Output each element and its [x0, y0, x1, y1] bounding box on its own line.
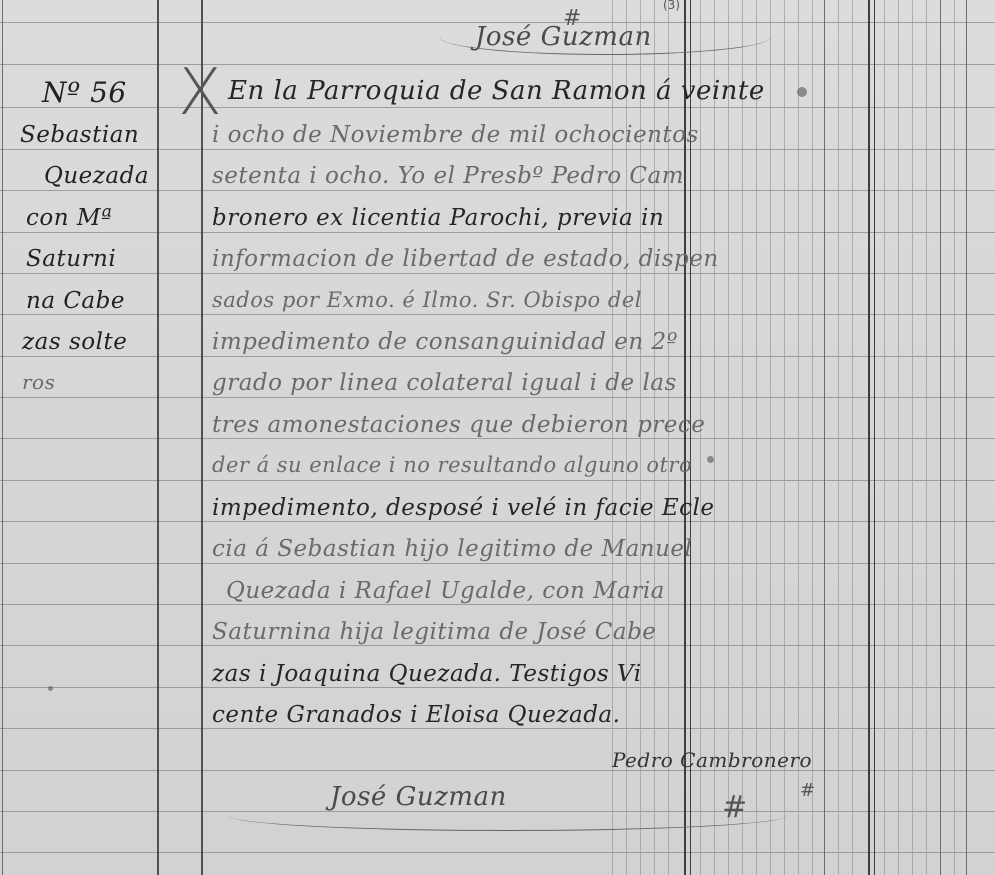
column-line — [898, 0, 899, 875]
body-line: der á su enlace i no resultando alguno o… — [212, 453, 692, 477]
ink-stain — [797, 87, 807, 97]
body-line: En la Parroquia de San Ramon á veinte — [228, 76, 765, 106]
top-signature-superscript: (3) — [663, 0, 680, 12]
body-line: setenta i ocho. Yo el Presbº Pedro Cam — [212, 163, 684, 189]
column-line — [824, 0, 825, 875]
ink-stain — [707, 456, 714, 463]
column-line — [714, 0, 715, 875]
rule-line — [0, 64, 995, 65]
rule-line — [0, 480, 995, 481]
column-line — [201, 0, 203, 875]
column-line — [852, 0, 853, 875]
column-line — [838, 0, 839, 875]
entry-number: Nº 56 — [42, 76, 127, 109]
body-line: Saturnina hija legitima de José Cabe — [212, 619, 656, 645]
rule-line — [0, 728, 995, 729]
column-line — [926, 0, 927, 875]
rule-line — [0, 563, 995, 564]
column-line — [954, 0, 955, 875]
column-line — [798, 0, 799, 875]
column-line — [784, 0, 785, 875]
body-line: i ocho de Noviembre de mil ochocientos — [212, 122, 699, 148]
margin-line: con Mª — [26, 205, 112, 231]
body-line: sados por Exmo. é Ilmo. Sr. Obispo del — [212, 288, 642, 312]
rule-line — [0, 852, 995, 853]
officiant-rubric: # — [800, 780, 815, 801]
column-line — [812, 0, 813, 875]
rule-line — [0, 273, 995, 274]
officiant-signature: Pedro Cambronero — [612, 748, 812, 772]
column-line — [912, 0, 913, 875]
margin-line: zas solte — [22, 329, 127, 355]
body-line: zas i Joaquina Quezada. Testigos Vi — [212, 661, 642, 687]
column-line — [728, 0, 729, 875]
register-page: José Guzman # (3) X Nº 56 Sebastian Quez… — [0, 0, 995, 875]
ink-stain — [48, 686, 53, 691]
signature-flourish — [228, 800, 788, 831]
rule-line — [0, 645, 995, 646]
body-line: cia á Sebastian hijo legitimo de Manuel — [212, 536, 692, 562]
column-line — [966, 0, 967, 875]
column-line — [756, 0, 757, 875]
body-line: impedimento, desposé i velé in facie Ecl… — [212, 495, 715, 521]
column-line — [770, 0, 771, 875]
body-line: bronero ex licentia Parochi, previa in — [212, 205, 664, 231]
margin-line: na Cabe — [26, 288, 125, 314]
rule-line — [0, 604, 995, 605]
rule-line — [0, 314, 995, 315]
column-line — [868, 0, 875, 875]
margin-line: ros — [22, 370, 55, 394]
column-line — [940, 0, 941, 875]
rule-line — [0, 107, 995, 108]
rule-line — [0, 232, 995, 233]
rule-line — [0, 770, 995, 771]
rule-line — [0, 190, 995, 191]
rule-line — [0, 687, 995, 688]
margin-line: Sebastian — [20, 122, 139, 148]
body-line: tres amonestaciones que debieron prece — [212, 412, 705, 438]
rule-line — [0, 149, 995, 150]
body-line: Quezada i Rafael Ugalde, con Maria — [226, 578, 665, 604]
rule-line — [0, 356, 995, 357]
rule-line — [0, 438, 995, 439]
margin-line: Saturni — [26, 246, 116, 272]
body-line: impedimento de consanguinidad en 2º — [212, 329, 678, 355]
margin-line: Quezada — [44, 163, 149, 189]
column-line — [2, 0, 3, 875]
signature-flourish — [440, 20, 770, 55]
column-line — [884, 0, 885, 875]
body-line: grado por linea colateral igual i de las — [212, 370, 677, 396]
body-line: cente Granados i Eloisa Quezada. — [212, 702, 620, 728]
column-line — [742, 0, 743, 875]
body-line: informacion de libertad de estado, dispe… — [212, 246, 719, 272]
column-line — [157, 0, 159, 875]
rule-line — [0, 521, 995, 522]
rule-line — [0, 397, 995, 398]
margin-x-mark: X — [178, 56, 222, 130]
